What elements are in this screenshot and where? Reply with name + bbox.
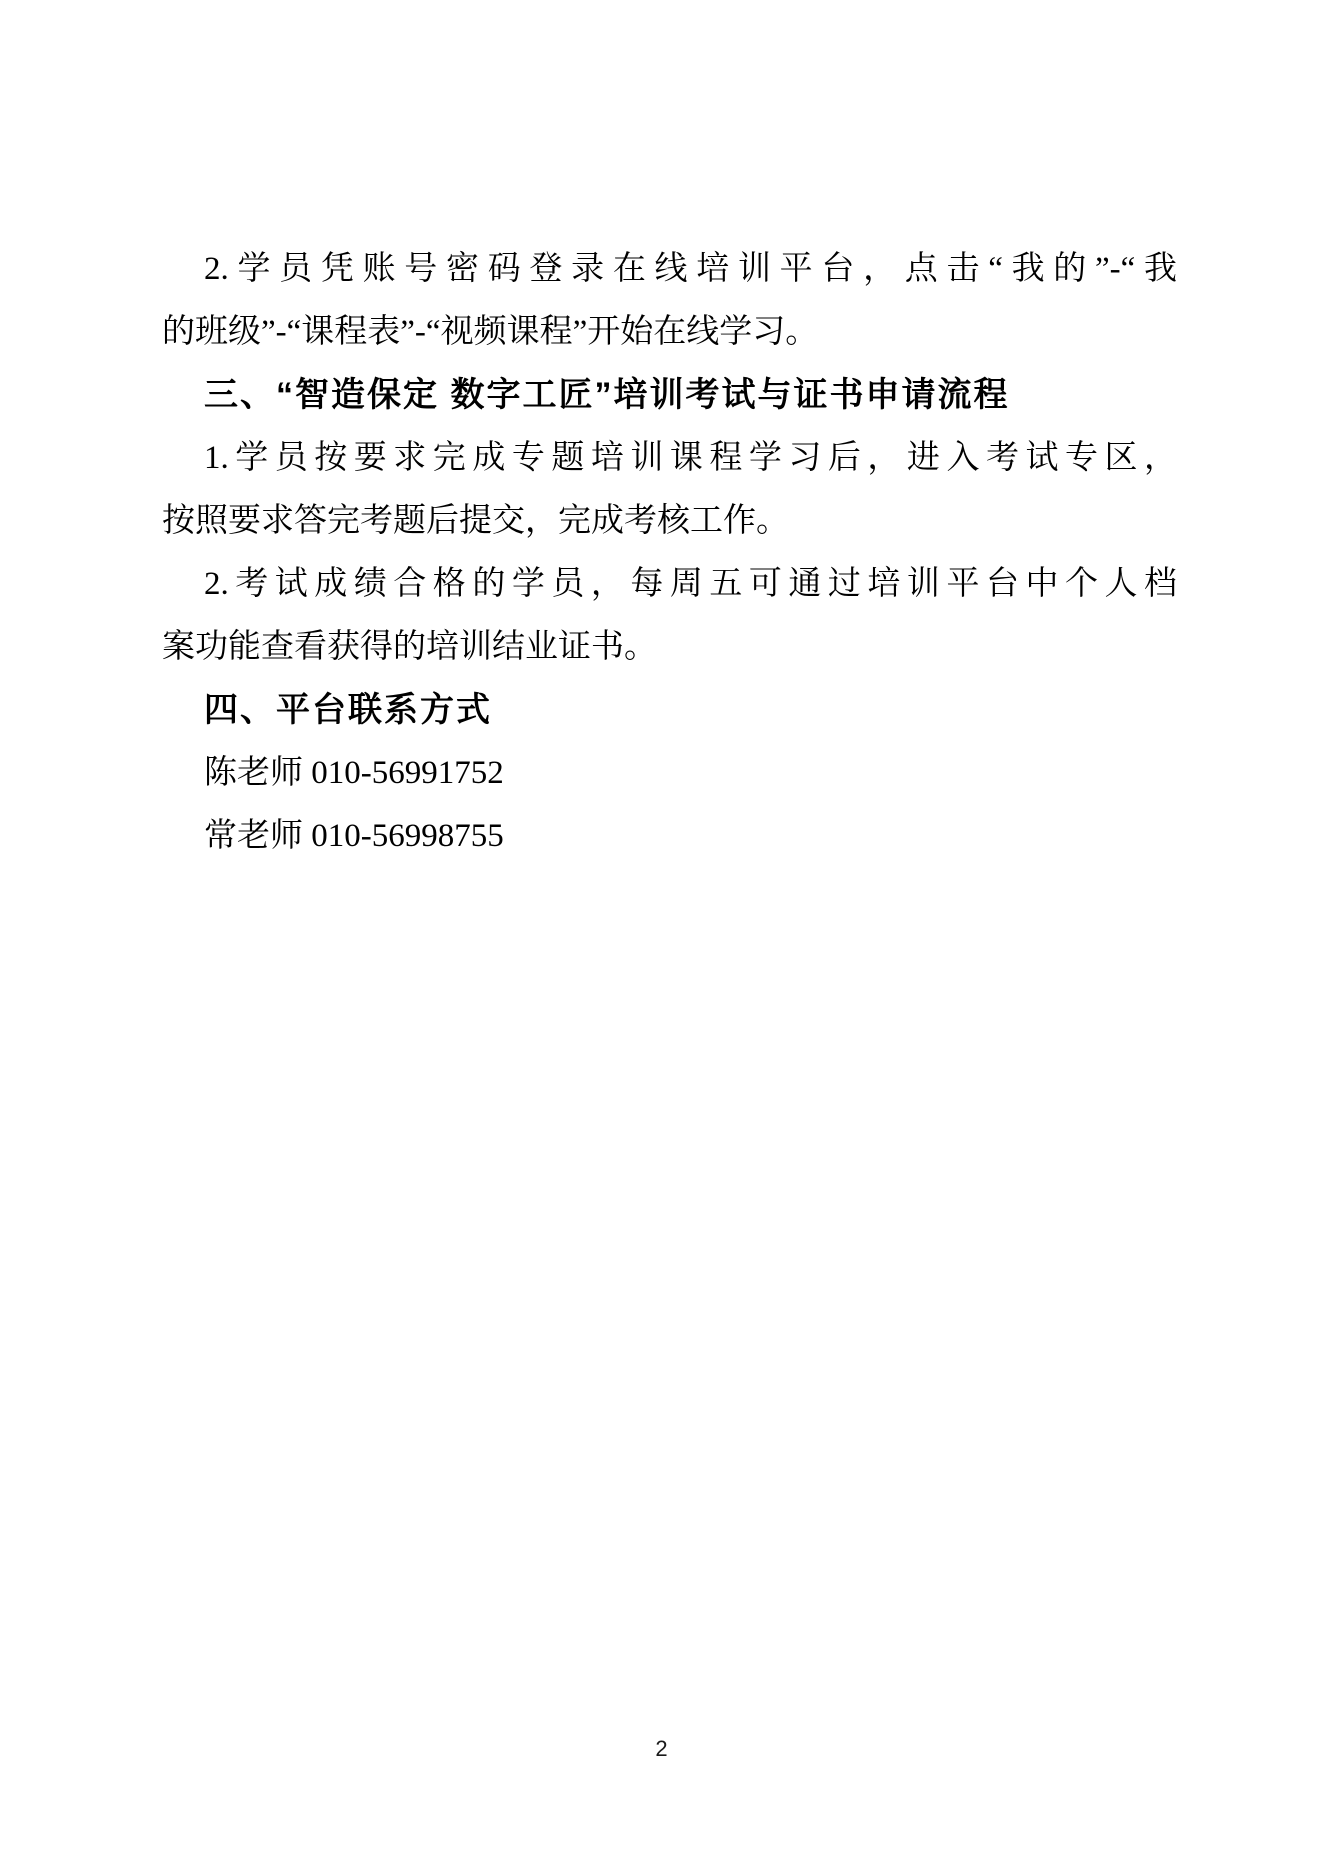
heading-line: 四、平台联系方式 bbox=[162, 679, 1177, 742]
text-line: 陈老师 010-56991752 bbox=[162, 742, 1177, 805]
text-line: 1.学员按要求完成专题培训课程学习后，进入考试专区， bbox=[162, 427, 1177, 490]
text-line: 案功能查看获得的培训结业证书。 bbox=[162, 616, 1177, 679]
text-line: 常老师 010-56998755 bbox=[162, 805, 1177, 868]
document-page: 2.学员凭账号密码登录在线培训平台，点击“我的”-“我的班级”-“课程表”-“视… bbox=[0, 0, 1323, 1871]
page-number: 2 bbox=[0, 1734, 1323, 1764]
text-line: 按照要求答完考题后提交，完成考核工作。 bbox=[162, 490, 1177, 553]
text-line: 的班级”-“课程表”-“视频课程”开始在线学习。 bbox=[162, 301, 1177, 364]
text-line: 2.考试成绩合格的学员，每周五可通过培训平台中个人档 bbox=[162, 553, 1177, 616]
heading-line: 三、“智造保定 数字工匠”培训考试与证书申请流程 bbox=[162, 364, 1177, 427]
document-body: 2.学员凭账号密码登录在线培训平台，点击“我的”-“我的班级”-“课程表”-“视… bbox=[162, 238, 1177, 868]
text-line: 2.学员凭账号密码登录在线培训平台，点击“我的”-“我 bbox=[162, 238, 1177, 301]
